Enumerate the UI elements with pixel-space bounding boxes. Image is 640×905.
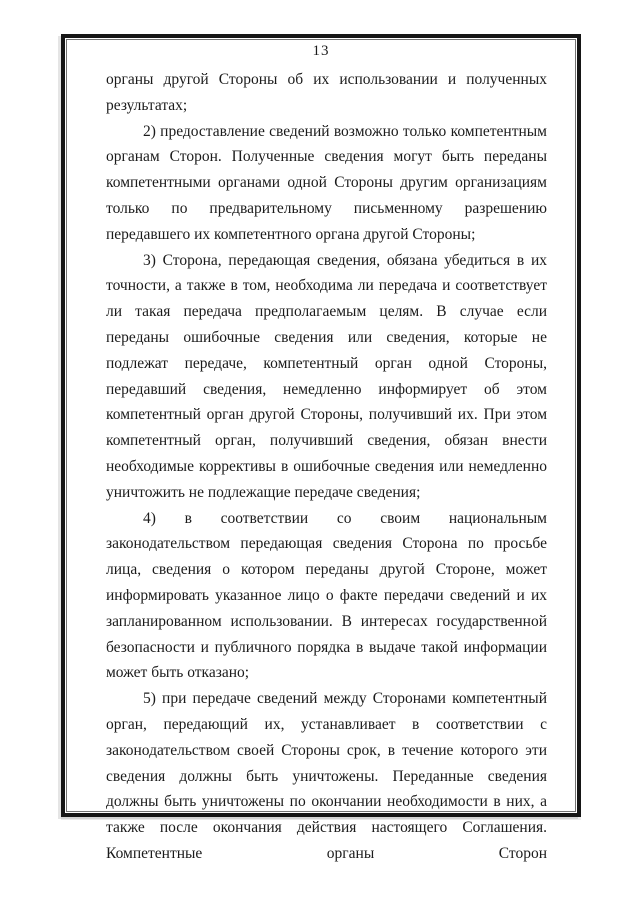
scanned-page: 13 органы другой Стороны об их использов… bbox=[0, 0, 640, 905]
paragraph: 4) в соответствии со своим национальным … bbox=[106, 506, 547, 687]
page-number: 13 bbox=[67, 43, 575, 60]
paragraph: органы другой Стороны об их использовани… bbox=[106, 67, 547, 119]
paragraph: 2) предоставление сведений возможно толь… bbox=[106, 119, 547, 248]
document-body: органы другой Стороны об их использовани… bbox=[106, 67, 547, 867]
page-border-frame: 13 органы другой Стороны об их использов… bbox=[61, 34, 581, 817]
paragraph: 5) при передаче сведений между Сторонами… bbox=[106, 686, 547, 867]
page-border-inner-line: 13 органы другой Стороны об их использов… bbox=[66, 39, 576, 812]
paragraph: 3) Сторона, передающая сведения, обязана… bbox=[106, 248, 547, 506]
